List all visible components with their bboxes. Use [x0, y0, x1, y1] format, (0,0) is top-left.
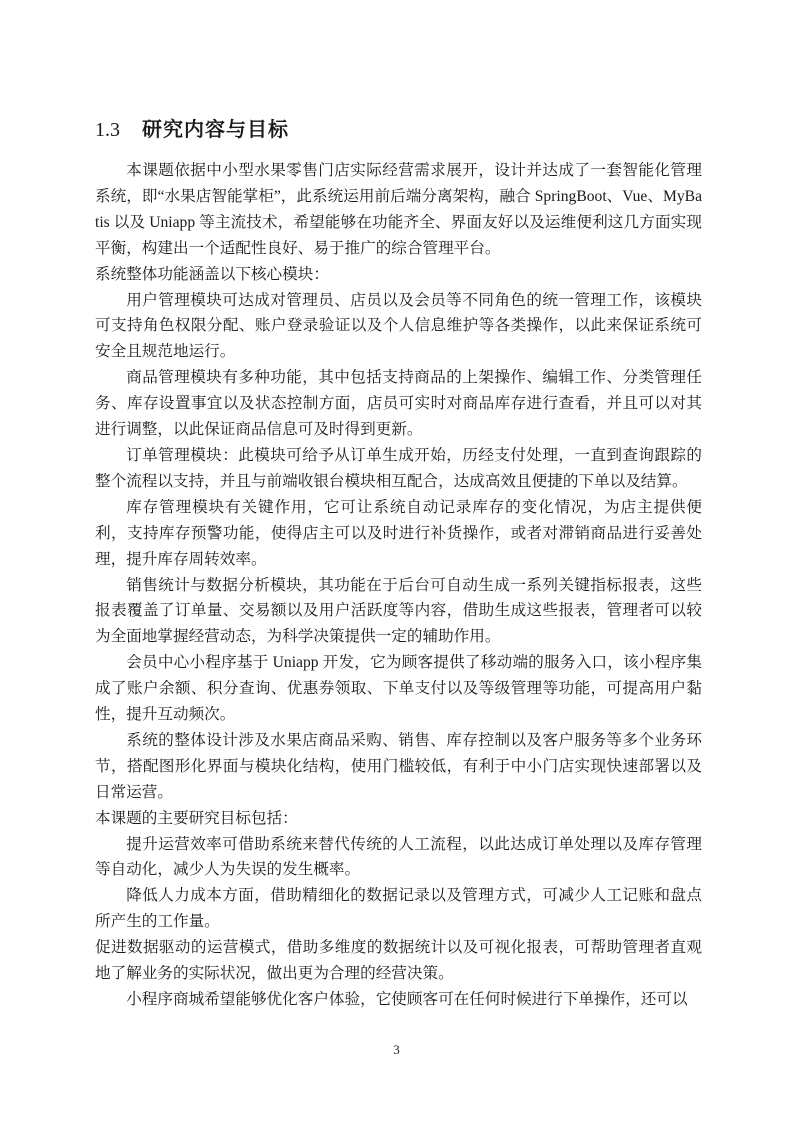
paragraph: 会员中心小程序基于 Uniapp 开发，它为顾客提供了移动端的服务入口，该小程序…: [95, 650, 702, 728]
paragraph: 用户管理模块可达成对管理员、店员以及会员等不同角色的统一管理工作，该模块可支持角…: [95, 288, 702, 366]
paragraph: 销售统计与数据分析模块，其功能在于后台可自动生成一系列关键指标报表，这些报表覆盖…: [95, 573, 702, 651]
paragraph: 小程序商城希望能够优化客户体验，它使顾客可在任何时候进行下单操作，还可以: [95, 987, 702, 1013]
body-text: 本课题依据中小型水果零售门店实际经营需求展开，设计并达成了一套智能化管理系统，即…: [95, 158, 702, 1013]
section-heading: 1.3研究内容与目标: [95, 116, 702, 145]
paragraph: 提升运营效率可借助系统来替代传统的人工流程，以此达成订单处理以及库存管理等自动化…: [95, 832, 702, 884]
paragraph: 促进数据驱动的运营模式，借助多维度的数据统计以及可视化报表，可帮助管理者直观地了…: [95, 935, 702, 987]
page-content: 1.3研究内容与目标 本课题依据中小型水果零售门店实际经营需求展开，设计并达成了…: [95, 116, 702, 1013]
paragraph: 商品管理模块有多种功能，其中包括支持商品的上架操作、编辑工作、分类管理任务、库存…: [95, 365, 702, 443]
section-title: 研究内容与目标: [142, 119, 289, 141]
page-number: 3: [0, 1042, 793, 1058]
paragraph: 库存管理模块有关键作用，它可让系统自动记录库存的变化情况，为店主提供便利，支持库…: [95, 495, 702, 573]
document-page: 1.3研究内容与目标 本课题依据中小型水果零售门店实际经营需求展开，设计并达成了…: [0, 0, 793, 1122]
paragraph: 系统整体功能涵盖以下核心模块：: [95, 262, 702, 288]
paragraph: 本课题的主要研究目标包括：: [95, 806, 702, 832]
paragraph: 降低人力成本方面，借助精细化的数据记录以及管理方式，可减少人工记账和盘点所产生的…: [95, 883, 702, 935]
paragraph: 系统的整体设计涉及水果店商品采购、销售、库存控制以及客户服务等多个业务环节，搭配…: [95, 728, 702, 806]
paragraph: 本课题依据中小型水果零售门店实际经营需求展开，设计并达成了一套智能化管理系统，即…: [95, 158, 702, 262]
paragraph: 订单管理模块：此模块可给予从订单生成开始，历经支付处理，一直到查询跟踪的整个流程…: [95, 443, 702, 495]
section-number: 1.3: [95, 119, 120, 141]
